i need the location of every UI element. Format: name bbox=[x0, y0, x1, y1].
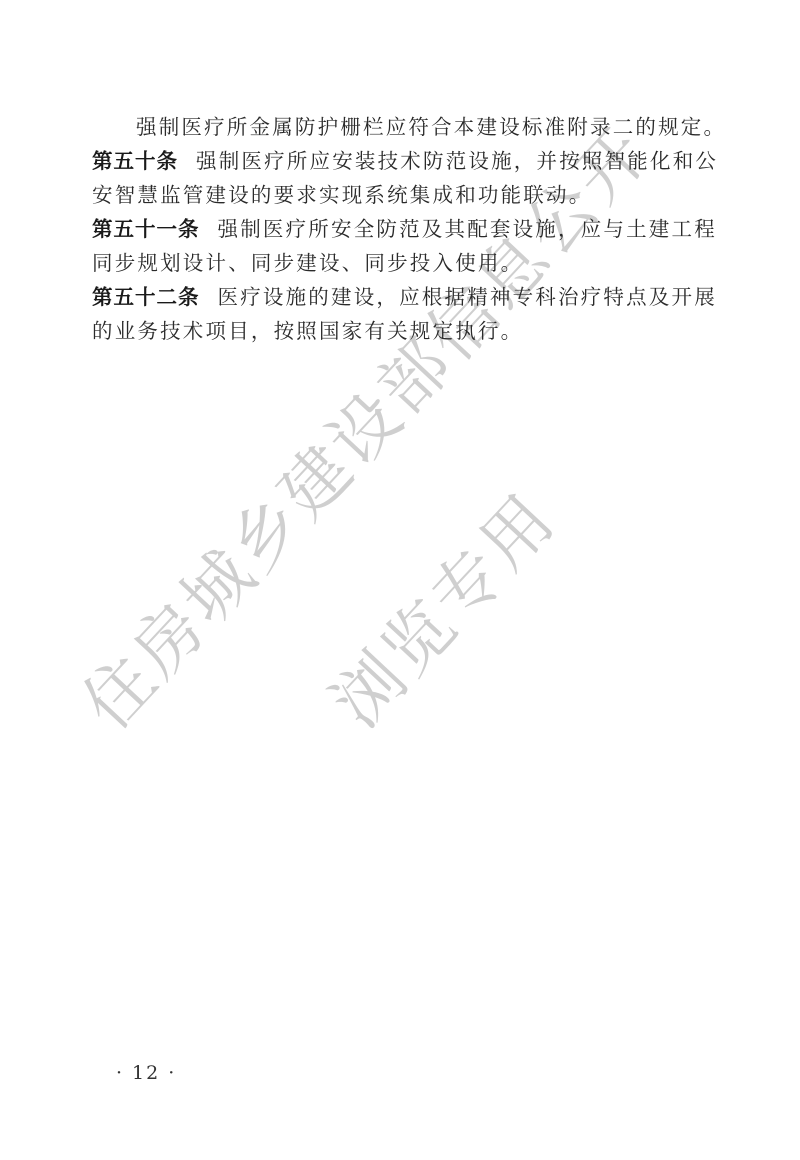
article-52-line-2: 的业务技术项目，按照国家有关规定执行。 bbox=[92, 314, 704, 348]
article-50-line-1: 第五十条强制医疗所应安装技术防范设施，并按照智能化和公 bbox=[92, 144, 704, 178]
document-page: 住房城乡建设部信息公开 浏览专用 强制医疗所金属防护栅栏应符合本建设标准附录二的… bbox=[0, 0, 800, 1160]
page-number-value: 12 bbox=[132, 1062, 160, 1084]
article-51-heading: 第五十一条 bbox=[92, 217, 200, 241]
article-50-text: 强制医疗所应安装技术防范设施，并按照智能化和公 bbox=[196, 149, 718, 173]
article-51-line-1: 第五十一条强制医疗所安全防范及其配套设施，应与土建工程 bbox=[92, 212, 704, 246]
paragraph-line: 强制医疗所金属防护栅栏应符合本建设标准附录二的规定。 bbox=[92, 110, 704, 144]
article-50-heading: 第五十条 bbox=[92, 149, 178, 173]
article-51-text: 强制医疗所安全防范及其配套设施，应与土建工程 bbox=[218, 217, 717, 241]
page-number-dot-left: · bbox=[116, 1062, 124, 1084]
page-number: ·12· bbox=[108, 1062, 184, 1084]
article-52-text: 医疗设施的建设，应根据精神专科治疗特点及开展 bbox=[218, 285, 717, 309]
article-52-heading: 第五十二条 bbox=[92, 285, 200, 309]
page-number-dot-right: · bbox=[168, 1062, 176, 1084]
article-51-line-2: 同步规划设计、同步建设、同步投入使用。 bbox=[92, 246, 704, 280]
document-body: 强制医疗所金属防护栅栏应符合本建设标准附录二的规定。 第五十条强制医疗所应安装技… bbox=[92, 110, 704, 348]
article-52-line-1: 第五十二条医疗设施的建设，应根据精神专科治疗特点及开展 bbox=[92, 280, 704, 314]
article-50-line-2: 安智慧监管建设的要求实现系统集成和功能联动。 bbox=[92, 178, 704, 212]
